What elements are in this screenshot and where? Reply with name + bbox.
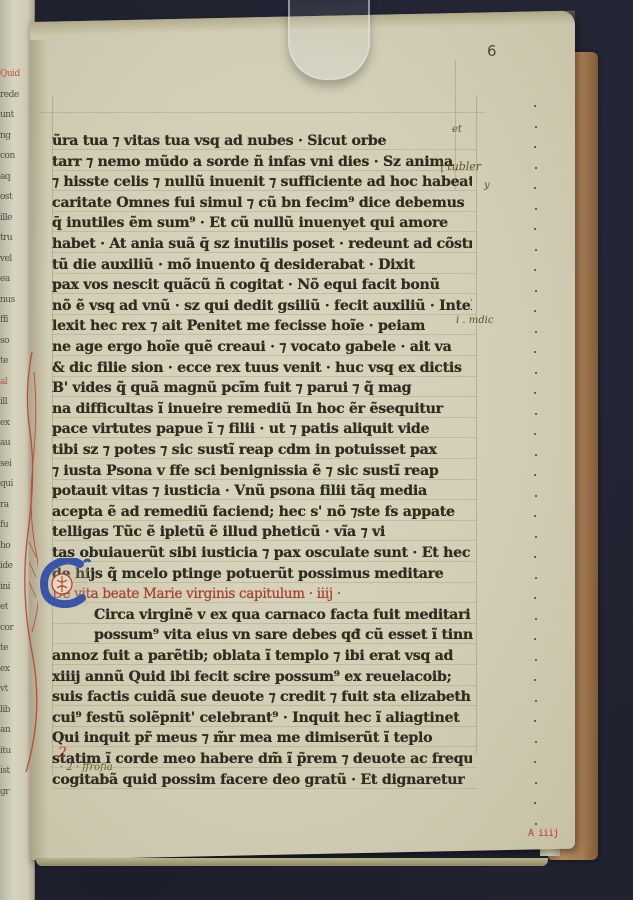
pricking-hole [535, 167, 537, 169]
text-line: statim ĩ corde meo habere dm̃ ĩ p̃rem ⁊ … [52, 748, 472, 770]
text-line: Qui inquit pr̃ meus ⁊ m̃r mea me dimiser… [52, 727, 472, 749]
pricking-hole [535, 659, 537, 661]
text-line: cui⁹ festũ solẽpnit' celebrant⁹ · Inquit… [52, 707, 472, 729]
text-line: acepta ẽ ad remediũ faciend; hec s' nõ ⁊… [52, 501, 472, 523]
red-numeral: 2 [58, 745, 67, 761]
pricking-hole [535, 208, 537, 210]
margin-note-mdic: i . mdic [456, 315, 493, 326]
text-line: ⁊ hisste celis ⁊ nullũ inuenit ⁊ suffici… [52, 171, 472, 193]
text-line: ⁊ iusta Psona v ffe sci benignissia ẽ ⁊ … [52, 460, 472, 482]
facing-page-text-fragment: ea [0, 275, 34, 283]
text-line: telligas Tũc ẽ ipletũ ẽ illud pheticũ · … [52, 521, 472, 543]
text-line: caritate Omnes fui simul ⁊ cũ bn fecim⁹ … [52, 192, 472, 214]
ruling-right [476, 95, 477, 755]
facing-page-text-fragment: so [0, 337, 34, 345]
initial-border-decoration [20, 352, 38, 772]
facing-page-text-fragment: vel [0, 255, 34, 263]
facing-page-text-fragment: ffi [0, 316, 34, 324]
facing-page-text-fragment: unt [0, 111, 34, 119]
pricking-hole [534, 474, 536, 476]
pricking-hole [535, 741, 537, 743]
text-line: ũra tua ⁊ vitas tua vsq ad nubes · Sicut… [52, 130, 472, 152]
folio-number: 6 [487, 42, 497, 60]
pricking-hole [535, 823, 537, 825]
text-line: de hijs q̃ mcelo ptinge potuerũt possimu… [52, 563, 472, 585]
pricking-hole [534, 597, 536, 599]
pricking-hole [535, 249, 537, 251]
pricking-hole [534, 556, 536, 558]
text-line: tarr ⁊ nemo mũdo a sorde ñ infas vni die… [52, 151, 472, 173]
text-line: tũ die auxiliũ · mõ inuento q̄ desiderab… [52, 254, 472, 276]
facing-page-text-fragment: con [0, 152, 34, 160]
pricking-hole [535, 577, 537, 579]
text-line: pax vos nescit quãcũ ñ cogitat · Nõ equi… [52, 274, 472, 296]
facing-page-text-fragment: rede [0, 91, 34, 99]
pricking-hole [534, 679, 536, 681]
text-line: habet · At ania suã q̄ sz inutilis poset… [52, 233, 472, 255]
text-line: q̄ inutiles ẽm sum⁹ · Et cũ nullũ inueny… [52, 212, 472, 234]
facing-page-text-fragment: tru [0, 234, 34, 242]
page-weight-clamp [288, 0, 370, 80]
facing-page-text-fragment: aq [0, 173, 34, 181]
text-line: cogitabã quid possim facere deo gratũ · … [52, 769, 472, 791]
text-line: & dic filie sion · ecce rex tuus venit ·… [52, 357, 472, 379]
page-bottom-edge [36, 858, 548, 866]
facing-page-text-fragment: nus [0, 296, 34, 304]
pricking-hole [534, 105, 536, 107]
pricking-hole [535, 782, 537, 784]
facing-page-text-fragment: ng [0, 132, 34, 140]
pricking-hole [534, 269, 536, 271]
pricking-hole [535, 700, 537, 702]
facing-page-text-fragment: ost [0, 193, 34, 201]
chapter-rubric-heading: De vita beate Marie virginis capitulum ·… [52, 583, 472, 605]
pricking-hole [534, 310, 536, 312]
text-line: possum⁹ vita eius vn sare debes qđ cũ es… [94, 624, 514, 646]
pricking-hole [535, 495, 537, 497]
margin-note-tubler: | tubler [440, 160, 481, 173]
pricking-hole [534, 392, 536, 394]
pricking-hole [535, 536, 537, 538]
pricking-hole [534, 146, 536, 148]
facing-page-text-fragment: Quid [0, 70, 34, 78]
pricking-hole [534, 515, 536, 517]
catchword: · 2 · ffrofia [60, 762, 113, 773]
margin-note-et: et [452, 124, 462, 135]
text-line: annoz fuit a parẽtib; oblata ĩ templo ⁊ … [52, 645, 472, 667]
text-line: xiiij annũ Quid ibi fecit scire possum⁹ … [52, 666, 472, 688]
facing-page-text-fragment: ille [0, 214, 34, 222]
text-line: Circa virginẽ v ex qua carnaco facta fui… [94, 604, 514, 626]
text-line: potauit vitas ⁊ iusticia · Vnũ psona fil… [52, 480, 472, 502]
pricking-hole [535, 126, 537, 128]
margin-note-y: y [484, 180, 490, 191]
pricking-hole [534, 720, 536, 722]
pricking-hole [535, 413, 537, 415]
pricking-hole [534, 187, 536, 189]
text-line: pace virtutes papue ĩ ⁊ filii · ut ⁊ pat… [52, 418, 472, 440]
pricking-hole [534, 228, 536, 230]
text-line: na difficultas ĩ inueire remediũ In hoc … [52, 398, 472, 420]
quire-signature: A iiij [528, 828, 558, 839]
pricking-hole [534, 802, 536, 804]
pricking-hole [534, 761, 536, 763]
text-line: tibi sz ⁊ potes ⁊ sic sustĩ reap cdm in … [52, 439, 472, 461]
pricking-hole [535, 331, 537, 333]
pricking-hole [535, 290, 537, 292]
pricking-hole [534, 433, 536, 435]
text-line: ne age ergo hoĩe quẽ creaui · ⁊ vocato g… [52, 336, 472, 358]
facing-page-text-fragment: gr [0, 788, 34, 796]
pricking-hole [535, 618, 537, 620]
text-line: lexit hec rex ⁊ ait Penitet me fecisse h… [52, 315, 472, 337]
text-line: tas obuiauerũt sibi iusticia ⁊ pax oscul… [52, 542, 472, 564]
decorated-initial-c [40, 558, 92, 608]
text-line: B' vides q̃ quã magnũ pcĩm fuit ⁊ parui … [52, 377, 472, 399]
ruling-top [40, 112, 485, 113]
text-line: nõ ẽ vsq ad vnũ · sz qui dedit gsiliũ · … [52, 295, 472, 317]
pricking-hole [534, 638, 536, 640]
pricking-hole [535, 372, 537, 374]
pricking-hole [534, 351, 536, 353]
text-line: suis factis cuidã sue deuote ⁊ credit ⁊ … [52, 686, 472, 708]
pricking-hole [535, 454, 537, 456]
